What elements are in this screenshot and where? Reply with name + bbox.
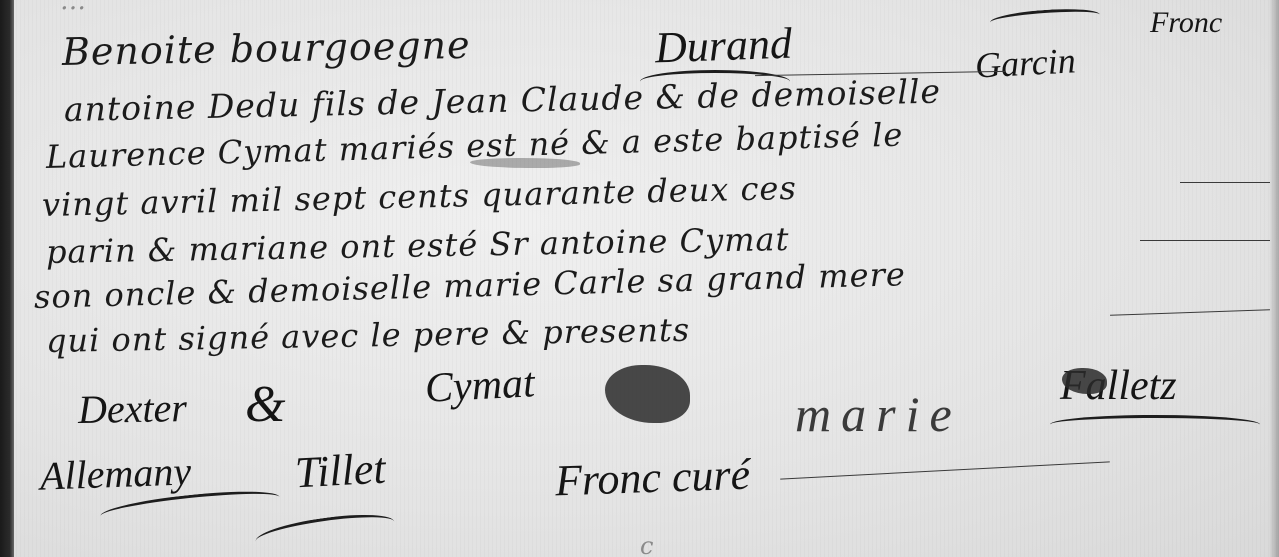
signature-fronc-top: Fronc <box>1150 6 1222 40</box>
page-binding-edge <box>0 0 14 557</box>
signature-flourish <box>1050 415 1260 434</box>
page-right-edge <box>1269 0 1279 557</box>
signature-flourish <box>990 6 1101 31</box>
top-fragment-text: … <box>60 0 87 16</box>
signature-flourish <box>254 508 396 554</box>
signature-durand: Durand <box>654 18 793 74</box>
line-filler-stroke <box>1110 309 1270 316</box>
signature-paraph: & <box>245 375 285 434</box>
handwritten-line-4: vingt avril mil sept cents quarante deux… <box>42 169 798 224</box>
ink-blot <box>605 365 690 423</box>
signature-tillet: Tillet <box>294 443 387 499</box>
line-filler-stroke <box>1180 182 1270 183</box>
ink-smudge <box>470 158 580 168</box>
signature-flourish <box>780 461 1110 479</box>
signature-allemany: Allemany <box>39 447 192 499</box>
signature-garcin: Garcin <box>974 39 1077 86</box>
signature-cymat: Cymat <box>424 359 536 413</box>
signature-marie: marie <box>795 385 962 443</box>
document-scan: … Benoite bourgoegne Durand Garcin Fronc… <box>0 0 1279 557</box>
handwritten-line-1: Benoite bourgoegne <box>62 23 471 74</box>
signature-fronc-cure: Fronc curé <box>554 449 751 507</box>
handwritten-line-7: qui ont signé avec le pere & presents <box>46 311 691 360</box>
line-filler-stroke <box>1140 240 1270 241</box>
bottom-fragment: ⅽ <box>640 532 654 557</box>
signature-dexter: Dexter <box>78 384 188 433</box>
